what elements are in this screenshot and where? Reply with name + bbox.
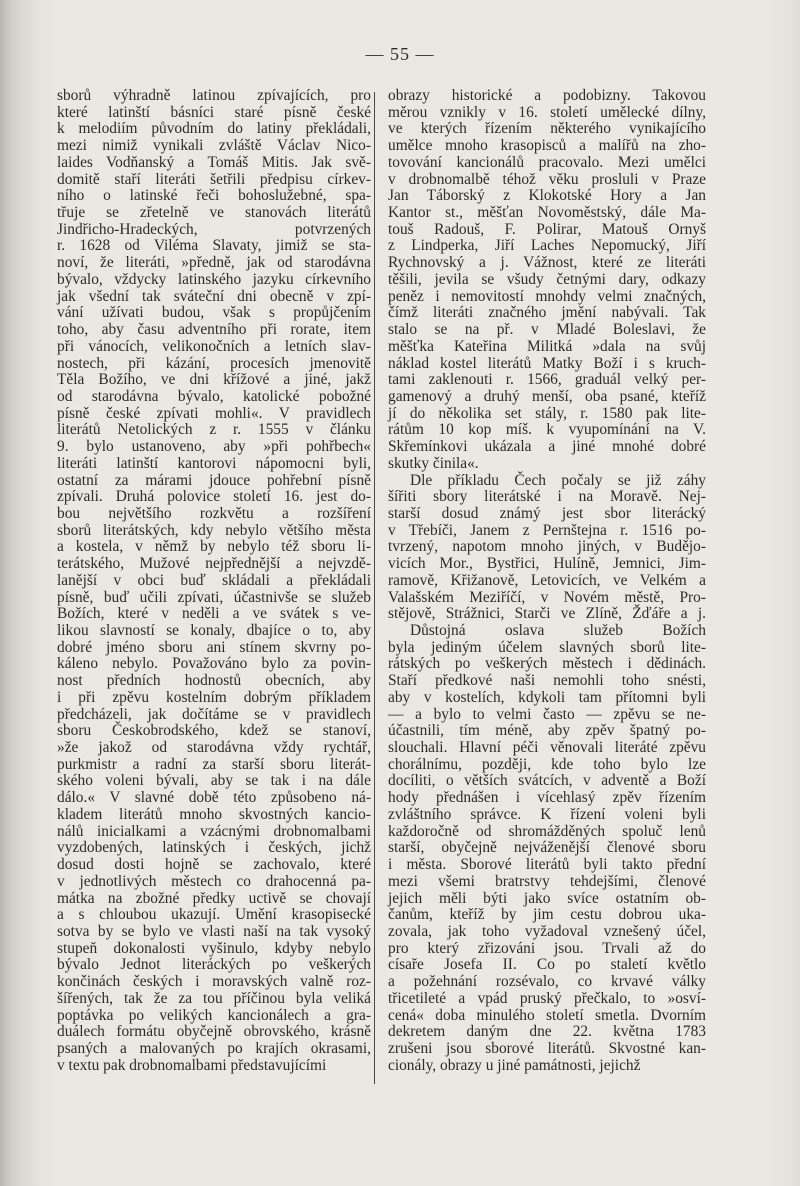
text-line: nostech, při kázání, procesích jmenovitě xyxy=(57,356,371,373)
text-line: 9. bylo ustanoveno, aby »při pohřbech« xyxy=(57,439,371,456)
page-number: — 55 — xyxy=(0,44,800,65)
text-line: gamenový a druhý menší, oba psané, kteří… xyxy=(388,389,706,406)
text-line: tvrzený, napotom mnoho jiných, v Budějo- xyxy=(388,539,706,556)
left-text-column: sborů výhradně latinou zpívajících, prok… xyxy=(57,88,371,1074)
text-line: Božích, které v neděli a ve svátek s ve- xyxy=(57,606,371,623)
text-line: a kostela, v němž by nebylo též sboru li… xyxy=(57,539,371,556)
text-line: cionály, obrazy u jiné památnosti, jejic… xyxy=(388,1058,706,1075)
text-line: nálů inicialkami a vzácnými drobnomalbam… xyxy=(57,824,371,841)
text-line: starší dosud známý jest sbor literácký xyxy=(388,506,706,523)
text-line: aby v kostelích, kdykoli tam přítomni by… xyxy=(388,690,706,707)
text-line: Skřemínkovi ukázala a jiné mnohé dobré xyxy=(388,439,706,456)
text-line: tami zaklenouti r. 1566, graduál velký p… xyxy=(388,372,706,389)
text-line: jejich měli býti jako svíce ostatním ob- xyxy=(388,891,706,908)
text-line: ského voleni bývali, aby se tak i na dál… xyxy=(57,773,371,790)
text-line: ramově, Křižanově, Letovicích, ve Velkém… xyxy=(388,573,706,590)
text-line: jí do několika set stály, r. 1580 pak li… xyxy=(388,406,706,423)
text-line: byla jediným účelem slavných sborů lite- xyxy=(388,640,706,657)
text-line: bývalo Jednot literáckých po veškerých xyxy=(57,957,371,974)
text-line: předcházeli, jak dočítáme se v pravidlec… xyxy=(57,707,371,724)
text-line: psaných a malovaných po krajích okrasami… xyxy=(57,1041,371,1058)
text-line: bou největšího rozkvětu a rozšíření xyxy=(57,506,371,523)
text-line: Kantor st., měšťan Novoměstský, dále Ma- xyxy=(388,205,706,222)
text-line: k melodiím původním do latiny překládali… xyxy=(57,121,371,138)
text-line: Rychnovský a j. Vážnost, které ze literá… xyxy=(388,255,706,272)
text-line: Jindřicho-Hradeckých, potvrzených xyxy=(57,222,371,239)
text-line: chorálnímu, později, kde toho bylo lze xyxy=(388,757,706,774)
text-line: touš Radouš, F. Polirar, Matouš Ornyš xyxy=(388,222,706,239)
right-text-column: obrazy historické a podobizny. Takovoumě… xyxy=(388,88,706,1074)
text-line: v drobnomalbě téhož věku prosluli v Praz… xyxy=(388,172,706,189)
text-line: ve kterých řízením některého vynikajícíh… xyxy=(388,121,706,138)
text-line: zpívali. Druhá polovice století 16. jest… xyxy=(57,489,371,506)
text-line: dekretem daným dne 22. května 1783 xyxy=(388,1024,706,1041)
text-line: sboru Českobrodského, kdež se stanoví, xyxy=(57,723,371,740)
text-line: měšťka Kateřina Militká »dala na svůj xyxy=(388,339,706,356)
text-line: pro který zřizováni jsou. Trvali až do xyxy=(388,941,706,958)
text-line: každoročně od shromážděných spoluč lenů xyxy=(388,824,706,841)
text-line: čanům, kteříž by jim cestu dobrou uka- xyxy=(388,907,706,924)
text-line: — a bylo to velmi často — zpěvu se ne- xyxy=(388,707,706,724)
text-line: bývalo, vždycky latinského jazyku církev… xyxy=(57,272,371,289)
text-line: noví, že literáti, »předně, jak od staro… xyxy=(57,255,371,272)
text-line: jak všední tak sváteční dni obecně v zpí… xyxy=(57,289,371,306)
text-line: mátka na zbožné předky uctivě se chovají xyxy=(57,891,371,908)
text-line: zovala, jak toho vyžadoval vznešený účel… xyxy=(388,924,706,941)
text-line: šířiti sbory literátské i na Moravě. Nej… xyxy=(388,489,706,506)
text-line: a s chloubou ukazují. Umění krasopisecké xyxy=(57,907,371,924)
text-line: likou slavností se konaly, dbajíce o to,… xyxy=(57,623,371,640)
text-line: Jan Táborský z Klokotské Hory a Jan xyxy=(388,188,706,205)
text-line: toho, aby času adventního při rorate, it… xyxy=(57,322,371,339)
scanned-book-page: — 55 — sborů výhradně latinou zpívajícíc… xyxy=(0,0,800,1186)
text-line: nost předních hodnostů obecních, aby xyxy=(57,673,371,690)
text-line: měrou vznikly v 16. století umělecké díl… xyxy=(388,105,706,122)
text-line: zvláštního správce. K řízení voleni byli xyxy=(388,807,706,824)
text-line: káleno nebylo. Považováno bylo za povin- xyxy=(57,656,371,673)
text-line: císaře Josefa II. Co po staletí květlo xyxy=(388,957,706,974)
text-line: peněz i nemovitostí mnohdy velmi značnýc… xyxy=(388,289,706,306)
text-line: které latinští básníci staré písně české xyxy=(57,105,371,122)
text-line: ního o latinské řeči bohoslužebné, spa- xyxy=(57,188,371,205)
text-line: umělce mnoho krasopisců a malířů na zho- xyxy=(388,138,706,155)
text-line: kladem literátů mnoho skvostných kancio- xyxy=(57,807,371,824)
text-line: v textu pak drobnomalbami představujícím… xyxy=(57,1058,371,1075)
text-line: literáti latinští kantorovi nápomocni by… xyxy=(57,456,371,473)
text-line: obrazy historické a podobizny. Takovou xyxy=(388,88,706,105)
text-line: r. 1628 od Viléma Slavaty, jimiž se sta- xyxy=(57,238,371,255)
text-line: dobré jméno sboru ani stínem skvrny po- xyxy=(57,640,371,657)
column-divider xyxy=(374,92,375,1084)
text-line: skutky činila«. xyxy=(388,456,706,473)
text-line: i města. Sborové literátů byli takto pře… xyxy=(388,857,706,874)
text-line: vání užívati budou, však s propůjčením xyxy=(57,305,371,322)
text-line: a požehnání rozsévalo, co krvavé války xyxy=(388,974,706,991)
text-line: literátů Netolických z r. 1555 v článku xyxy=(57,422,371,439)
text-line: stalo se na př. v Mladé Boleslavi, že xyxy=(388,322,706,339)
text-line: domitě staří literáti šetřili předpisu c… xyxy=(57,172,371,189)
text-line: vyzdobených, latinských i českých, jichž xyxy=(57,840,371,857)
text-line: purkmistr a radní za starší sboru literá… xyxy=(57,757,371,774)
text-line: zrušeni jsou sborové literátů. Skvostné … xyxy=(388,1041,706,1058)
text-line: Těla Božího, ve dni křížové a jiné, jakž xyxy=(57,372,371,389)
text-line: cená« doba minulého století smetla. Dvor… xyxy=(388,1008,706,1025)
text-line: Staří předkové naši nemohli toho snésti, xyxy=(388,673,706,690)
text-line: hody přednášen i vícehlasý zpěv řízením xyxy=(388,790,706,807)
text-line: »že jakož od starodávna vždy rychtář, xyxy=(57,740,371,757)
text-line: od starodávna bývalo, katolické pobožné xyxy=(57,389,371,406)
text-line: rátům 10 kop míš. k vyupomínání na V. xyxy=(388,422,706,439)
text-line: poptávka po velikých kancionálech a gra- xyxy=(57,1008,371,1025)
text-line: písně, buď učili zpívati, účastnivše se … xyxy=(57,590,371,607)
text-line: laides Vodňanský a Tomáš Mitis. Jak svě- xyxy=(57,155,371,172)
text-line: docíliti, o větších svátcích, v adventě … xyxy=(388,773,706,790)
text-line: dosud dosti hojně se zachovalo, které xyxy=(57,857,371,874)
text-line: končinách českých i moravských valně roz… xyxy=(57,974,371,991)
text-line: starší, obyčejně nejváženější členové sb… xyxy=(388,840,706,857)
text-line: Důstojná oslava služeb Božích xyxy=(388,623,706,640)
text-line: duálech formátu obyčejně obrovského, krá… xyxy=(57,1024,371,1041)
text-line: terátského, Mužové nejpřednější a nejvzd… xyxy=(57,556,371,573)
text-line: těšili, jevila se všudy četnými dary, od… xyxy=(388,272,706,289)
text-line: mezi všemi bratrstvy tehdejšími, členové xyxy=(388,874,706,891)
text-line: mezi nimiž vynikali zvláště Václav Nico- xyxy=(57,138,371,155)
text-line: náklad kostel literátů Matky Boží i s kr… xyxy=(388,356,706,373)
text-line: ostatní za márami jdouce pohřební písně xyxy=(57,473,371,490)
text-line: Dle příkladu Čech počaly se již záhy xyxy=(388,473,706,490)
text-line: stupeň dokonalosti vyšinulo, kdyby nebyl… xyxy=(57,941,371,958)
text-line: Valašském Meziříčí, v Novém městě, Pro- xyxy=(388,590,706,607)
text-line: sborů výhradně latinou zpívajících, pro xyxy=(57,88,371,105)
text-line: v jednotlivých městech co drahocenná pa- xyxy=(57,874,371,891)
text-line: lanější v obci buď skládali a překládali xyxy=(57,573,371,590)
text-line: třicetileté a vpád pruský přečkalo, to »… xyxy=(388,991,706,1008)
text-line: sotva by se bylo ve vlasti naší na tak v… xyxy=(57,924,371,941)
text-line: dálo.« V slavné době této způsobeno ná- xyxy=(57,790,371,807)
text-line: čímž literáti značného jmění nabývali. T… xyxy=(388,305,706,322)
text-line: rátských po veškerých městech i dědinách… xyxy=(388,656,706,673)
text-line: tovování kancionálů pracovalo. Mezi uměl… xyxy=(388,155,706,172)
text-line: třuje se zřetelně ve stanovách literátů xyxy=(57,205,371,222)
text-line: šířených, tak že za tou příčinou byla ve… xyxy=(57,991,371,1008)
text-line: stějově, Strážnici, Starči ve Zlíně, Žďá… xyxy=(388,606,706,623)
text-line: z Lindperka, Jiří Laches Nepomucký, Jiří xyxy=(388,238,706,255)
text-line: i při zpěvu kostelním dobrým příkladem xyxy=(57,690,371,707)
text-line: písně české zpívati mohli«. V pravidlech xyxy=(57,406,371,423)
text-line: sborů literátských, kdy nebylo většího m… xyxy=(57,523,371,540)
text-line: při vánocích, velikonočních a letních sl… xyxy=(57,339,371,356)
text-line: v Třebíči, Janem z Pernštejna r. 1516 po… xyxy=(388,523,706,540)
text-line: vicích Mor., Bystřici, Hulíně, Jemnici, … xyxy=(388,556,706,573)
text-line: účastnili, tím méně, aby zpěv špatný po- xyxy=(388,723,706,740)
text-line: slouchali. Hlavní péči věnovali literáté… xyxy=(388,740,706,757)
